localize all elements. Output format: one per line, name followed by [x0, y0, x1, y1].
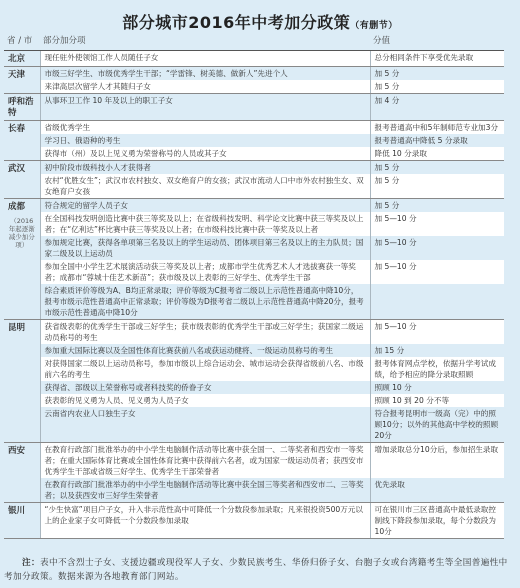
city-cell: 银川 — [4, 503, 40, 539]
footnote-label: 注： — [22, 558, 40, 568]
item-cell: 参加规定比赛，获得各单项第三名及以上的学生运动员、团体项目第三名及以上的主力队员… — [40, 236, 370, 260]
table-row: 来津高层次留学人才其随归子女 加 5 分 — [4, 80, 504, 94]
header-item: 部分加分项 — [40, 34, 370, 51]
score-cell: 报考普通高中和5年制师范专业加3分 — [370, 121, 504, 135]
item-cell: 获得省、部级以上荣誉称号或者科技奖的侨眷子女 — [40, 381, 370, 394]
city-note: （2016年起逐渐减少加分项） — [8, 217, 36, 249]
item-cell: 省级优秀学生 — [40, 121, 370, 135]
item-cell: 获表彰的见义勇为人员、见义勇为人员子女 — [40, 394, 370, 407]
score-cell: 降低 10 分录取 — [370, 147, 504, 161]
header-score: 分值 — [370, 34, 504, 51]
page-title: 部分城市2016年中考加分政策（有删节） — [0, 10, 520, 33]
item-cell: 来津高层次留学人才其随归子女 — [40, 80, 370, 94]
table-row: 呼和浩特 从事环卫工作 10 年及以上的职工子女 加 4 分 — [4, 94, 504, 121]
item-cell: 获省级表彰的优秀学生干部或三好学生；获市级表彰的优秀学生干部或三好学生；获国家二… — [40, 320, 370, 345]
score-cell: 加 5 分 — [370, 174, 504, 199]
item-cell: “少生快富”项目户子女，升入非示范性高中可降低一个分数段参加录取；凡来银投资50… — [40, 503, 370, 539]
city-cell: 天津 — [4, 67, 40, 94]
table-row: 参加规定比赛，获得各单项第三名及以上的学生运动员、团体项目第三名及以上的主力队员… — [4, 236, 504, 260]
item-cell: 从事环卫工作 10 年及以上的职工子女 — [40, 94, 370, 121]
table-row: 农村“优胜女生”；武汉市农村独女、双女绝育户的女孩；武汉市流动人口中市外农村独生… — [4, 174, 504, 199]
table-row: 西安 在教育行政部门批准举办的中小学生电脑制作活动等比赛中获全国一、二等奖者和西… — [4, 443, 504, 479]
table-row: 成都 （2016年起逐渐减少加分项） 符合规定的留学人员子女 加 5 分 — [4, 199, 504, 213]
item-cell: 符合规定的留学人员子女 — [40, 199, 370, 213]
city-cell: 武汉 — [4, 161, 40, 199]
city-cell: 西安 — [4, 443, 40, 503]
table-row: 对获得国家二级以上运动员称号，参加市级以上综合运动会、城市运动会获得省级前八名、… — [4, 357, 504, 381]
score-cell: 照顾 10 到 20 分不等 — [370, 394, 504, 407]
footnote-text: 表中不含烈士子女、支援边疆或现役军人子女、少数民族考生、华侨归侨子女、台胞子女或… — [4, 558, 508, 582]
table-row: 参加全国中小学生艺术展演活动获三等奖及以上者；成都市学生优秀艺术人才选拔赛获一等… — [4, 260, 504, 284]
table-row: 长春 省级优秀学生 报考普通高中和5年制师范专业加3分 — [4, 121, 504, 135]
city-cell: 长春 — [4, 121, 40, 161]
title-main: 部分城市2016年中考加分政策 — [122, 13, 350, 32]
policy-table: 省 / 市 部分加分项 分值 北京 现任驻外使领馆工作人员随任子女 总分相同条件… — [4, 34, 504, 539]
table-row: 昆明 获省级表彰的优秀学生干部或三好学生；获市级表彰的优秀学生干部或三好学生；获… — [4, 320, 504, 345]
item-cell: 农村“优胜女生”；武汉市农村独女、双女绝育户的女孩；武汉市流动人口中市外农村独生… — [40, 174, 370, 199]
score-cell: 加 5 分 — [370, 67, 504, 81]
item-cell: 在教育行政部门批准举办的中小学生电脑制作活动等比赛中获全国一、二等奖者和西安市一… — [40, 443, 370, 479]
city-cell: 北京 — [4, 51, 40, 67]
city-cell: 呼和浩特 — [4, 94, 40, 121]
footnote: 注：表中不含烈士子女、支援边疆或现役军人子女、少数民族考生、华侨归侨子女、台胞子… — [4, 556, 516, 584]
score-cell: 加 15 分 — [370, 344, 504, 357]
city-cell: 成都 （2016年起逐渐减少加分项） — [4, 199, 40, 320]
table-row: 天津 市级三好学生、市级优秀学生干部；“学雷锋、树美德、做新人”先进个人 加 5… — [4, 67, 504, 81]
table-row: 在教育行政部门批准举办的中小学生电脑制作活动等比赛中获全国三等奖者和西安市二、三… — [4, 478, 504, 503]
item-cell: 学习日、俄语种的考生 — [40, 134, 370, 147]
score-cell: 符合报考昆明市一级高（完）中的照顾10分；以外的其他高中学校的照顾20分 — [370, 407, 504, 443]
item-cell: 参加全国中小学生艺术展演活动获三等奖及以上者；成都市学生优秀艺术人才选拔赛获一等… — [40, 260, 370, 284]
city-name: 成都 — [8, 202, 25, 212]
header-city: 省 / 市 — [4, 34, 40, 51]
score-cell: 加 5—10 分 — [370, 260, 504, 284]
score-cell: 加 5—10 分 — [370, 320, 504, 345]
item-cell: 在全国科技发明创造比赛中获三等奖及以上；在省级科技发明、科学论文比赛中获三等奖及… — [40, 212, 370, 236]
item-cell: 现任驻外使领馆工作人员随任子女 — [40, 51, 370, 67]
score-cell: 加 5 分 — [370, 80, 504, 94]
item-cell: 市级三好学生、市级优秀学生干部；“学雷锋、树美德、做新人”先进个人 — [40, 67, 370, 81]
table-row: 北京 现任驻外使领馆工作人员随任子女 总分相同条件下享受优先录取 — [4, 51, 504, 67]
city-cell: 昆明 — [4, 320, 40, 443]
table-row: 获表彰的见义勇为人员、见义勇为人员子女 照顾 10 到 20 分不等 — [4, 394, 504, 407]
item-cell: 云南省内农业人口独生子女 — [40, 407, 370, 443]
item-cell: 综合素质评价等级为A、B均正常录取；评价等级为C报考省二级以上示范性普通高中降1… — [40, 284, 370, 320]
item-cell: 对获得国家二级以上运动员称号，参加市级以上综合运动会、城市运动会获得省级前八名、… — [40, 357, 370, 381]
table-row: 银川 “少生快富”项目户子女，升入非示范性高中可降低一个分数段参加录取；凡来银投… — [4, 503, 504, 539]
score-cell: 加 5 分 — [370, 199, 504, 213]
score-cell: 优先录取 — [370, 478, 504, 503]
score-cell: 报考体育网点学校，依据升学考试成绩，给予相应的降分录取照顾 — [370, 357, 504, 381]
item-cell: 初中阶段市级科技小人才获得者 — [40, 161, 370, 175]
table-row: 在全国科技发明创造比赛中获三等奖及以上；在省级科技发明、科学论文比赛中获三等奖及… — [4, 212, 504, 236]
table-row: 武汉 初中阶段市级科技小人才获得者 加 5 分 — [4, 161, 504, 175]
table-row: 学习日、俄语种的考生 报考普通高中降低 5 分录取 — [4, 134, 504, 147]
score-cell — [370, 284, 504, 320]
score-cell: 报考普通高中降低 5 分录取 — [370, 134, 504, 147]
title-subtitle: （有删节） — [350, 21, 398, 31]
score-cell: 加 5 分 — [370, 161, 504, 175]
item-cell: 参加重大国际比赛以及全国性体育比赛获前八名或获运动健将、一级运动员称号的考生 — [40, 344, 370, 357]
score-cell: 总分相同条件下享受优先录取 — [370, 51, 504, 67]
score-cell: 可在银川市三区普通高中最低录取控制线下降段参加录取，每个分数段为10分 — [370, 503, 504, 539]
score-cell: 加 4 分 — [370, 94, 504, 121]
item-cell: 获得市（州）及以上见义勇为荣誉称号的人员或其子女 — [40, 147, 370, 161]
table-row: 综合素质评价等级为A、B均正常录取；评价等级为C报考省二级以上示范性普通高中降1… — [4, 284, 504, 320]
table-row: 云南省内农业人口独生子女 符合报考昆明市一级高（完）中的照顾10分；以外的其他高… — [4, 407, 504, 443]
score-cell: 加 5—10 分 — [370, 236, 504, 260]
table-row: 参加重大国际比赛以及全国性体育比赛获前八名或获运动健将、一级运动员称号的考生 加… — [4, 344, 504, 357]
table-header-row: 省 / 市 部分加分项 分值 — [4, 34, 504, 51]
score-cell: 加 5—10 分 — [370, 212, 504, 236]
table-row: 获得省、部级以上荣誉称号或者科技奖的侨眷子女 照顾 10 分 — [4, 381, 504, 394]
item-cell: 在教育行政部门批准举办的中小学生电脑制作活动等比赛中获全国三等奖者和西安市二、三… — [40, 478, 370, 503]
score-cell: 照顾 10 分 — [370, 381, 504, 394]
table-row: 获得市（州）及以上见义勇为荣誉称号的人员或其子女 降低 10 分录取 — [4, 147, 504, 161]
score-cell: 增加录取总分10分后，参加招生录取 — [370, 443, 504, 479]
